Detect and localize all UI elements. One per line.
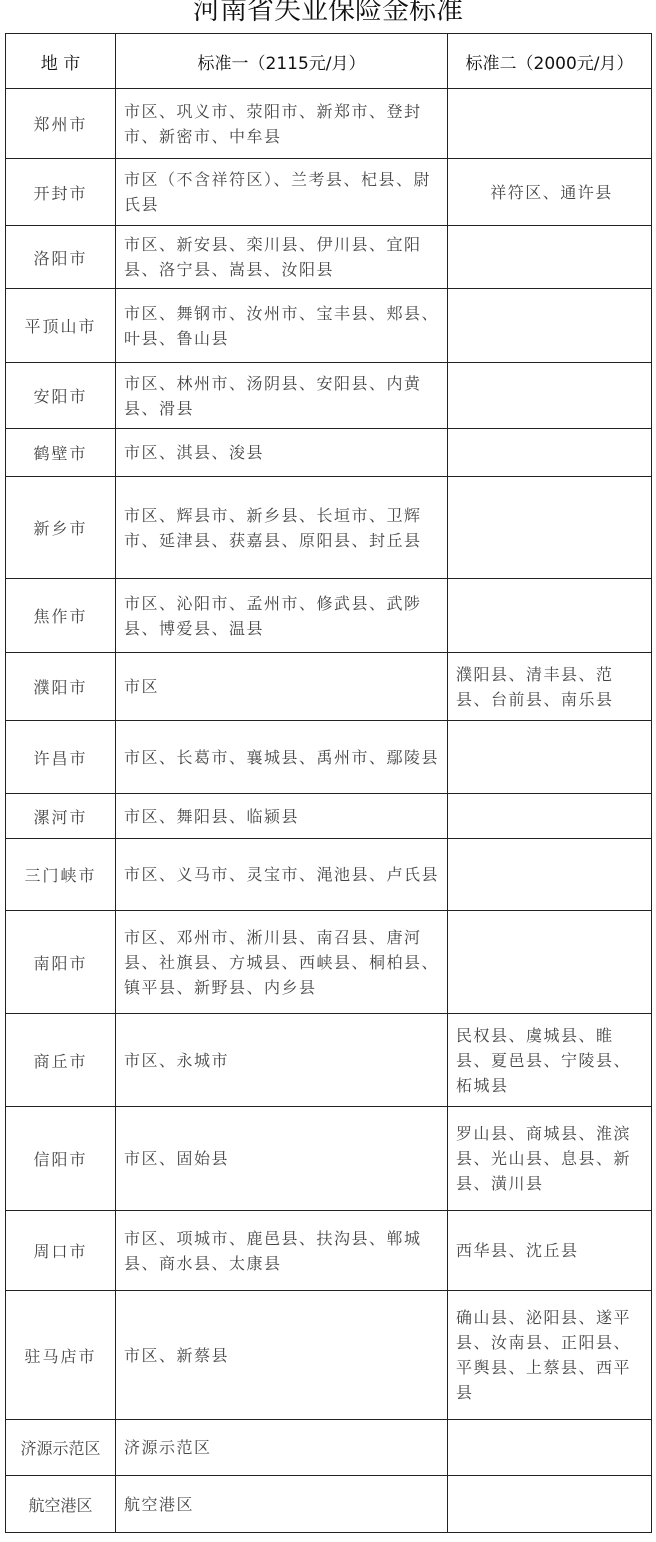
table-row: 三门峡市 市区、义马市、灵宝市、渑池县、卢氏县 xyxy=(6,839,652,911)
table-row: 驻马店市 市区、新蔡县 确山县、泌阳县、遂平县、汝南县、正阳县、平舆县、上蔡县、… xyxy=(6,1291,652,1420)
standard-two-cell xyxy=(448,429,652,477)
standard-two-cell: 祥符区、通许县 xyxy=(448,159,652,226)
standard-one-cell: 市区、永城市 xyxy=(116,1014,448,1107)
table-header-row: 地 市 标准一（2115元/月） 标准二（2000元/月） xyxy=(6,34,652,89)
header-standard-one: 标准一（2115元/月） xyxy=(116,34,448,89)
standard-one-cell: 市区、巩义市、荥阳市、新郑市、登封市、新密市、中牟县 xyxy=(116,89,448,159)
standard-one-cell: 市区、新安县、栾川县、伊川县、宜阳县、洛宁县、嵩县、汝阳县 xyxy=(116,226,448,289)
standard-one-cell: 市区 xyxy=(116,653,448,721)
standard-two-cell: 西华县、沈丘县 xyxy=(448,1211,652,1291)
table-row: 南阳市 市区、邓州市、淅川县、南召县、唐河县、社旗县、方城县、西峡县、桐柏县、镇… xyxy=(6,911,652,1014)
standard-two-cell xyxy=(448,1476,652,1533)
city-cell: 鹤壁市 xyxy=(6,429,116,477)
table-row: 漯河市 市区、舞阳县、临颍县 xyxy=(6,794,652,839)
standard-two-cell xyxy=(448,477,652,579)
standard-two-cell xyxy=(448,911,652,1014)
standard-one-cell: 市区（不含祥符区）、兰考县、杞县、尉氏县 xyxy=(116,159,448,226)
header-city: 地 市 xyxy=(6,34,116,89)
standard-one-cell: 市区、义马市、灵宝市、渑池县、卢氏县 xyxy=(116,839,448,911)
city-cell: 濮阳市 xyxy=(6,653,116,721)
city-cell: 驻马店市 xyxy=(6,1291,116,1420)
standard-one-cell: 济源示范区 xyxy=(116,1420,448,1476)
standard-two-cell xyxy=(448,1420,652,1476)
standard-two-cell xyxy=(448,363,652,429)
table-row: 新乡市 市区、辉县市、新乡县、长垣市、卫辉市、延津县、获嘉县、原阳县、封丘县 xyxy=(6,477,652,579)
standard-two-cell: 濮阳县、清丰县、范县、台前县、南乐县 xyxy=(448,653,652,721)
table-row: 周口市 市区、项城市、鹿邑县、扶沟县、郸城县、商水县、太康县 西华县、沈丘县 xyxy=(6,1211,652,1291)
standard-one-cell: 市区、邓州市、淅川县、南召县、唐河县、社旗县、方城县、西峡县、桐柏县、镇平县、新… xyxy=(116,911,448,1014)
standard-one-cell: 市区、舞钢市、汝州市、宝丰县、郏县、叶县、鲁山县 xyxy=(116,289,448,363)
standard-one-cell: 市区、沁阳市、孟州市、修武县、武陟县、博爱县、温县 xyxy=(116,579,448,653)
table-row: 平顶山市 市区、舞钢市、汝州市、宝丰县、郏县、叶县、鲁山县 xyxy=(6,289,652,363)
table-row: 安阳市 市区、林州市、汤阴县、安阳县、内黄县、滑县 xyxy=(6,363,652,429)
table-row: 濮阳市 市区 濮阳县、清丰县、范县、台前县、南乐县 xyxy=(6,653,652,721)
city-cell: 航空港区 xyxy=(6,1476,116,1533)
standard-two-cell xyxy=(448,794,652,839)
standard-two-cell: 罗山县、商城县、淮滨县、光山县、息县、新县、潢川县 xyxy=(448,1107,652,1211)
standard-two-cell xyxy=(448,289,652,363)
table-row: 商丘市 市区、永城市 民权县、虞城县、睢县、夏邑县、宁陵县、柘城县 xyxy=(6,1014,652,1107)
standard-two-cell: 确山县、泌阳县、遂平县、汝南县、正阳县、平舆县、上蔡县、西平县 xyxy=(448,1291,652,1420)
city-cell: 焦作市 xyxy=(6,579,116,653)
unemployment-benefit-table: 地 市 标准一（2115元/月） 标准二（2000元/月） 郑州市 市区、巩义市… xyxy=(5,33,652,1533)
standard-two-cell xyxy=(448,579,652,653)
standard-two-cell xyxy=(448,839,652,911)
page-title: 河南省失业保险金标准 xyxy=(0,0,656,29)
standard-two-cell xyxy=(448,721,652,794)
standard-one-cell: 市区、项城市、鹿邑县、扶沟县、郸城县、商水县、太康县 xyxy=(116,1211,448,1291)
table-row: 航空港区 航空港区 xyxy=(6,1476,652,1533)
city-cell: 许昌市 xyxy=(6,721,116,794)
city-cell: 开封市 xyxy=(6,159,116,226)
city-cell: 周口市 xyxy=(6,1211,116,1291)
standard-one-cell: 市区、淇县、浚县 xyxy=(116,429,448,477)
standard-one-cell: 市区、辉县市、新乡县、长垣市、卫辉市、延津县、获嘉县、原阳县、封丘县 xyxy=(116,477,448,579)
city-cell: 洛阳市 xyxy=(6,226,116,289)
standard-two-cell xyxy=(448,226,652,289)
city-cell: 济源示范区 xyxy=(6,1420,116,1476)
standard-one-cell: 市区、长葛市、襄城县、禹州市、鄢陵县 xyxy=(116,721,448,794)
standard-one-cell: 市区、固始县 xyxy=(116,1107,448,1211)
table-row: 开封市 市区（不含祥符区）、兰考县、杞县、尉氏县 祥符区、通许县 xyxy=(6,159,652,226)
city-cell: 平顶山市 xyxy=(6,289,116,363)
table-row: 郑州市 市区、巩义市、荥阳市、新郑市、登封市、新密市、中牟县 xyxy=(6,89,652,159)
city-cell: 信阳市 xyxy=(6,1107,116,1211)
table-row: 鹤壁市 市区、淇县、浚县 xyxy=(6,429,652,477)
standard-two-cell: 民权县、虞城县、睢县、夏邑县、宁陵县、柘城县 xyxy=(448,1014,652,1107)
city-cell: 漯河市 xyxy=(6,794,116,839)
city-cell: 新乡市 xyxy=(6,477,116,579)
table-row: 济源示范区 济源示范区 xyxy=(6,1420,652,1476)
table-row: 焦作市 市区、沁阳市、孟州市、修武县、武陟县、博爱县、温县 xyxy=(6,579,652,653)
city-cell: 商丘市 xyxy=(6,1014,116,1107)
standard-one-cell: 市区、林州市、汤阴县、安阳县、内黄县、滑县 xyxy=(116,363,448,429)
table-row: 许昌市 市区、长葛市、襄城县、禹州市、鄢陵县 xyxy=(6,721,652,794)
table-row: 信阳市 市区、固始县 罗山县、商城县、淮滨县、光山县、息县、新县、潢川县 xyxy=(6,1107,652,1211)
standard-one-cell: 航空港区 xyxy=(116,1476,448,1533)
header-standard-two: 标准二（2000元/月） xyxy=(448,34,652,89)
city-cell: 安阳市 xyxy=(6,363,116,429)
city-cell: 郑州市 xyxy=(6,89,116,159)
city-cell: 南阳市 xyxy=(6,911,116,1014)
standard-one-cell: 市区、新蔡县 xyxy=(116,1291,448,1420)
standard-one-cell: 市区、舞阳县、临颍县 xyxy=(116,794,448,839)
table-row: 洛阳市 市区、新安县、栾川县、伊川县、宜阳县、洛宁县、嵩县、汝阳县 xyxy=(6,226,652,289)
city-cell: 三门峡市 xyxy=(6,839,116,911)
standard-two-cell xyxy=(448,89,652,159)
